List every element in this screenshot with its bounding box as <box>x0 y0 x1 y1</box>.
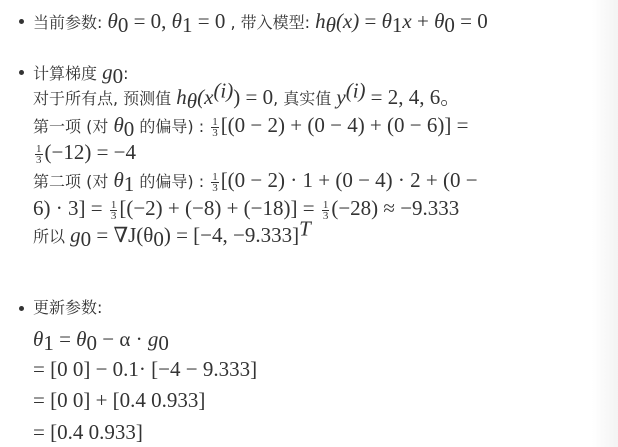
bullet-dot <box>19 306 24 311</box>
bullet-dot <box>19 70 24 75</box>
second-term-line: 第二项 (对 θ1 的偏导) : 13[(0 − 2) · 1 + (0 − 4… <box>33 168 478 192</box>
fraction-one-third: 13 <box>211 172 219 193</box>
first-term-line: 第一项 (对 θ0 的偏导) : 13[(0 − 2) + (0 − 4) + … <box>33 113 468 137</box>
gradient-result: 所以 g0 = ∇J(θ0) = [−4, −9.333]T <box>33 223 311 247</box>
second-term-result: 6) · 3] = 13[(−2) + (−8) + (−18)] = 13(−… <box>33 196 459 220</box>
right-edge-fade <box>592 0 618 447</box>
prediction-line: 对于所有点, 预测值 hθ(x(i)) = 0, 真实值 y(i) = 2, 4… <box>33 85 461 109</box>
gradient-title: 计算梯度 g0: <box>33 60 129 84</box>
fraction-one-third: 13 <box>211 117 219 138</box>
update-title: 更新参数: <box>33 296 102 320</box>
fraction-one-third: 13 <box>110 200 118 221</box>
fraction-one-third: 13 <box>322 200 330 221</box>
update-step-3: = [0.4 0.933] <box>33 420 143 444</box>
fraction-one-third: 13 <box>35 144 43 165</box>
update-rule: θ1 = θ0 − α · g0 <box>33 327 169 351</box>
bullet-dot <box>19 19 24 24</box>
current-params-line: 当前参数: θ0 = 0, θ1 = 0 , 带入模型: hθ(x) = θ1x… <box>33 9 488 33</box>
update-step-1: = [0 0] − 0.1· [−4 − 9.333] <box>33 357 257 381</box>
first-term-result: 13(−12) = −4 <box>33 140 136 164</box>
update-step-2: = [0 0] + [0.4 0.933] <box>33 388 205 412</box>
